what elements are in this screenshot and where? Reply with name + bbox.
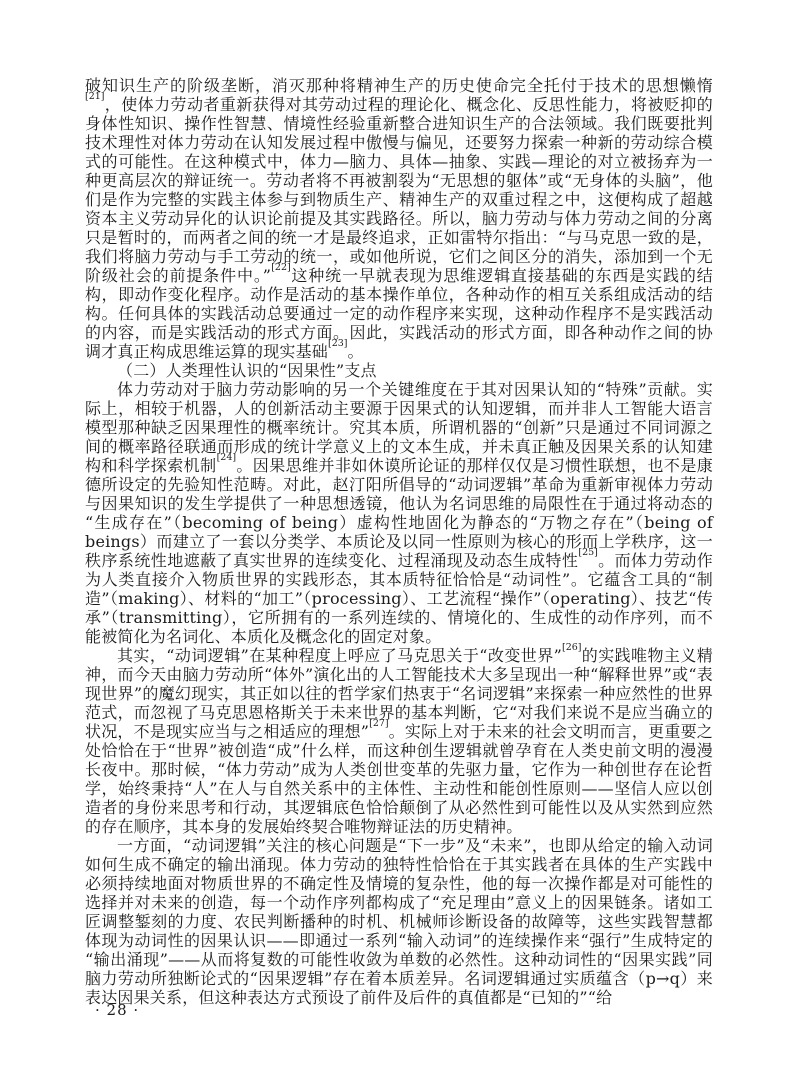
footnote-marker: [26] xyxy=(562,642,582,653)
body-paragraph: 其实，“动词逻辑”在某种程度上呼应了马克思关于“改变世界”[26]的实践唯物主义… xyxy=(85,646,713,836)
section-heading: （二）人类理性认识的“因果性”支点 xyxy=(85,361,713,380)
document-page: 破知识生产的阶级垄断，消灭那种将精神生产的历史使命完全托付于技术的思想懒惰[21… xyxy=(0,0,793,1077)
footnote-marker: [22] xyxy=(271,262,291,273)
body-paragraph: 体力劳动对于脑力劳动影响的另一个关键维度在于其对因果认知的“特殊”贡献。实际上，… xyxy=(85,380,713,646)
article-body: 破知识生产的阶级垄断，消灭那种将精神生产的历史使命完全托付于技术的思想懒惰[21… xyxy=(85,76,713,1007)
footnote-marker: [21] xyxy=(85,91,105,102)
footnote-marker: [27] xyxy=(369,718,389,729)
footnote-marker: [24] xyxy=(217,452,237,463)
body-paragraph: 一方面，“动词逻辑”关注的核心问题是“下一步”及“未来”，也即从给定的输入动词如… xyxy=(85,836,713,1007)
page-number: · 28 · xyxy=(95,1001,139,1019)
body-paragraph: 破知识生产的阶级垄断，消灭那种将精神生产的历史使命完全托付于技术的思想懒惰[21… xyxy=(85,76,713,361)
footnote-marker: [23] xyxy=(328,338,348,349)
footnote-marker: [25] xyxy=(578,547,598,558)
